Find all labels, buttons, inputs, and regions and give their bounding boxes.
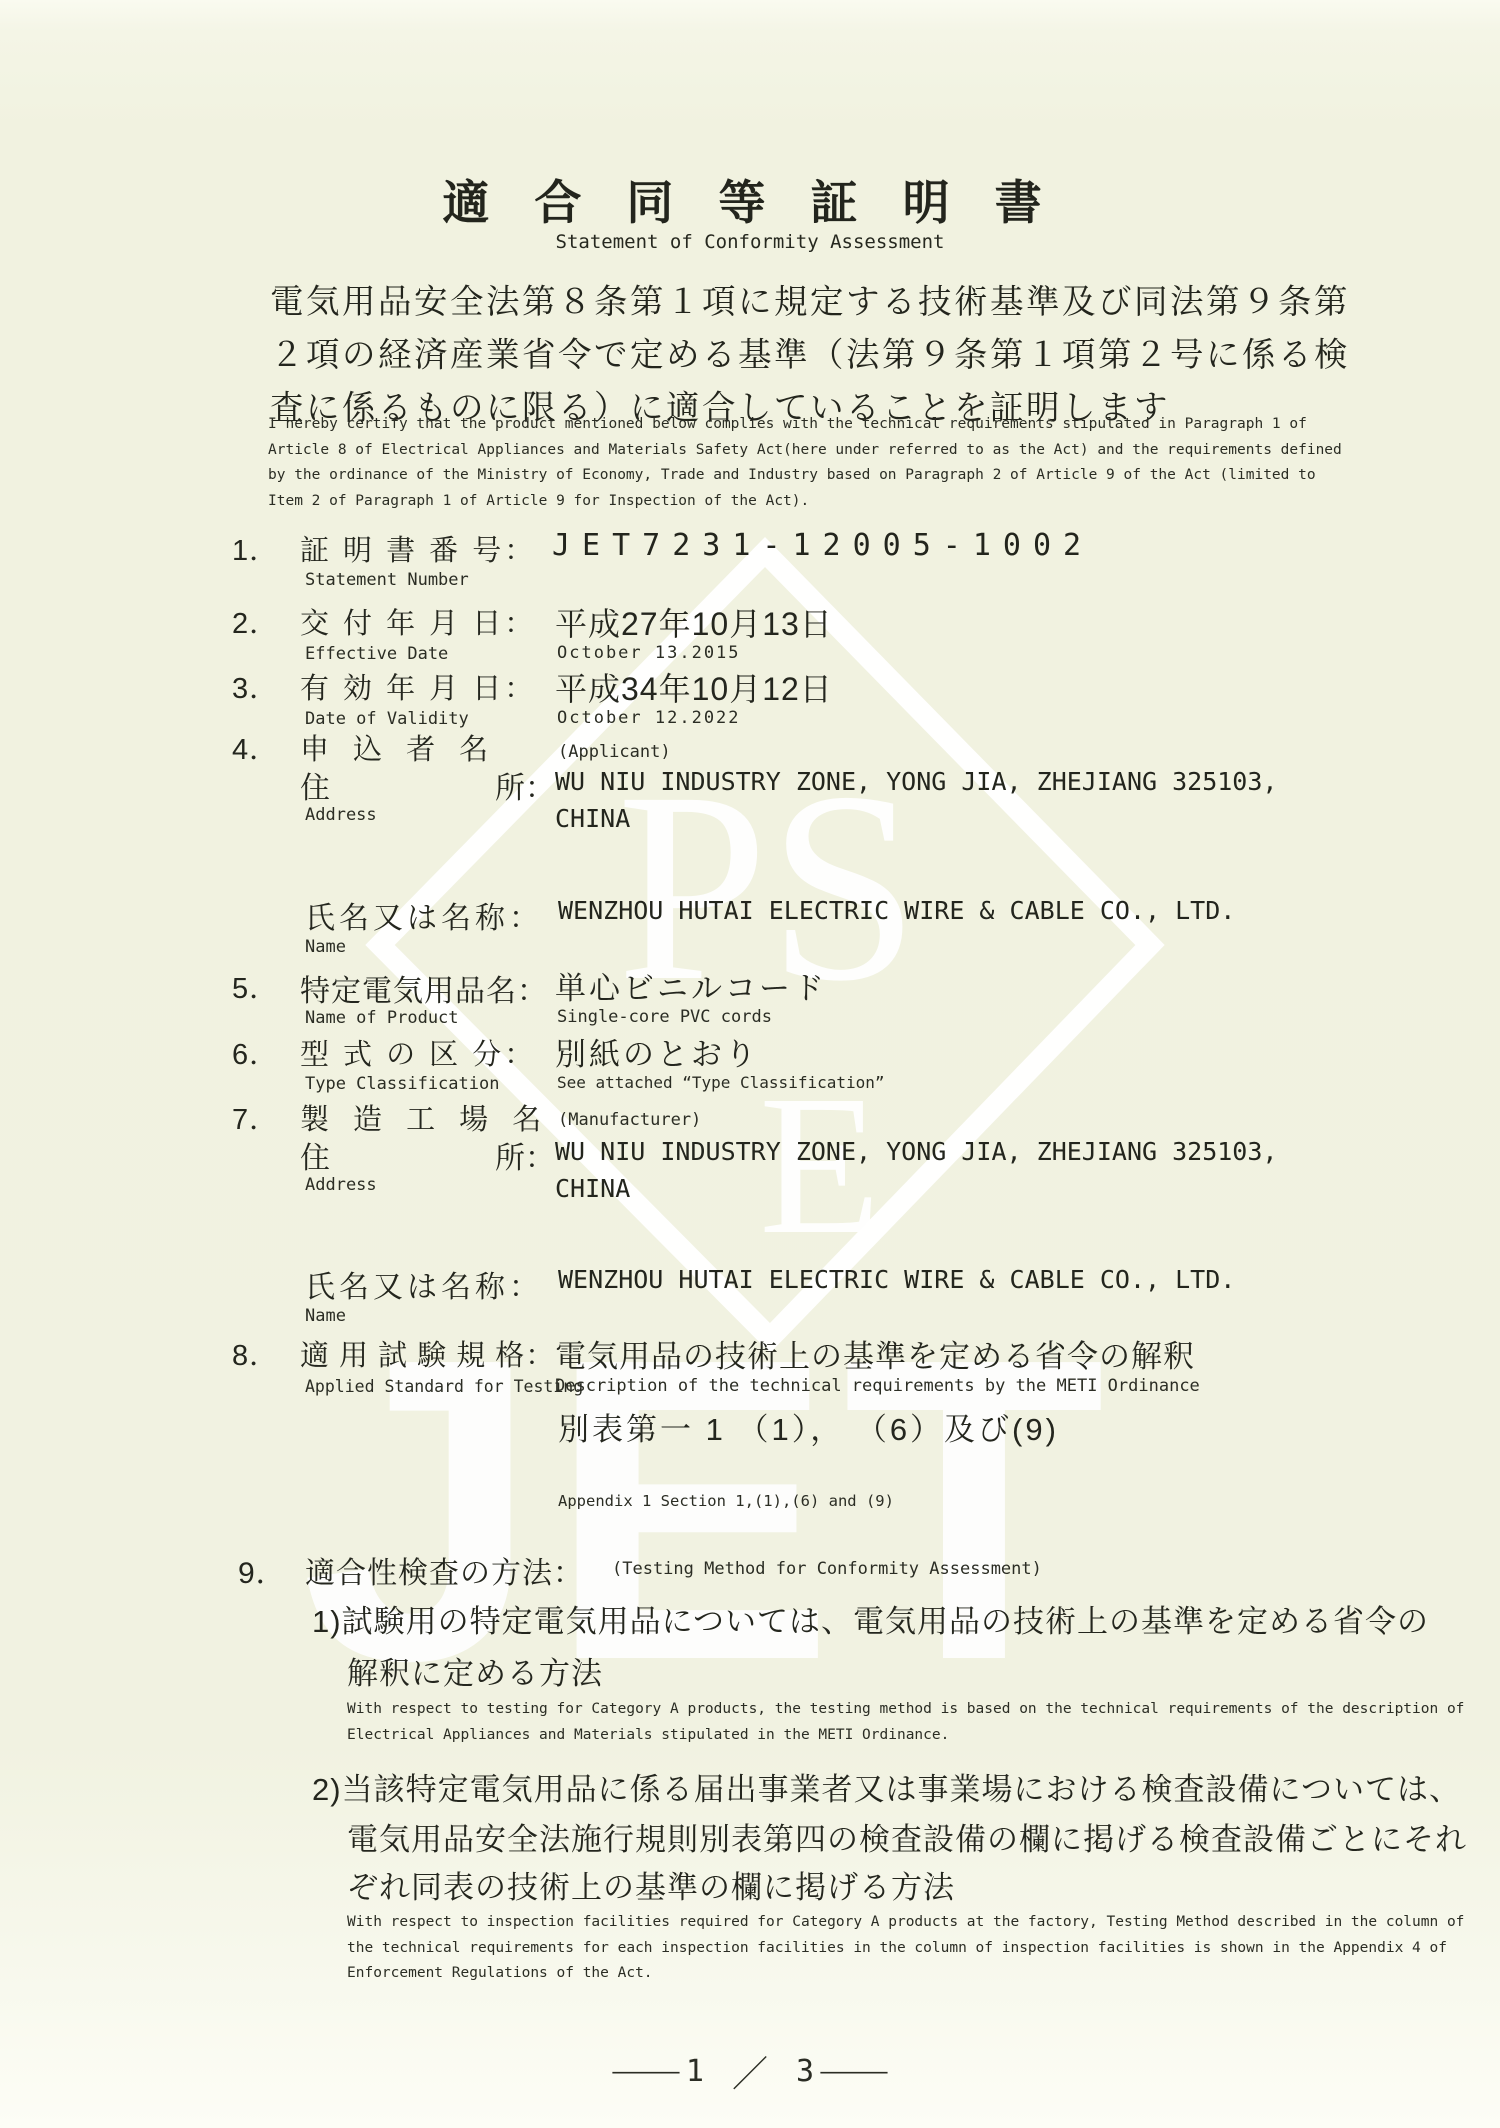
item8-number: 8．: [232, 1333, 279, 1374]
appendix-reference-en: Appendix 1 Section 1,(1),(6) and (9): [558, 1492, 894, 1510]
item2-label-en: Effective Date: [305, 644, 448, 664]
item4-address-line2: CHINA: [555, 804, 630, 833]
footer-dash-right: —: [820, 2058, 887, 2086]
item7-name-label-en: Name: [305, 1306, 346, 1326]
item9-note-en: (Testing Method for Conformity Assessmen…: [612, 1559, 1042, 1579]
item7-number: 7．: [232, 1097, 279, 1138]
type-classification-jp: 別紙のとおり: [555, 1029, 759, 1074]
appendix-reference-jp: 別表第一 1 （1）， （6）及び(9): [558, 1404, 1059, 1449]
item7-address-label-en: Address: [305, 1175, 377, 1195]
product-name-en: Single-core PVC cords: [557, 1007, 772, 1027]
intro-jp-line1: 電気用品安全法第８条第１項に規定する技術基準及び同法第９条第: [270, 276, 1350, 329]
footer-slash: ／: [732, 2046, 768, 2097]
item4-address-label: 住 所：: [300, 763, 555, 807]
intro-jp-line2: ２項の経済産業省令で定める基準（法第９条第１項第２号に係る検: [270, 329, 1350, 382]
item4-address-line1: WU NIU INDUSTRY ZONE, YONG JIA, ZHEJIANG…: [555, 767, 1277, 796]
item4-name-label-en: Name: [305, 937, 346, 957]
method2-jp-line2: 電気用品安全法施行規則別表第四の検査設備の欄に掲げる検査設備ごとにそれ: [347, 1814, 1467, 1859]
method1-jp-line2: 解釈に定める方法: [347, 1648, 603, 1693]
item7-address-label: 住 所：: [300, 1133, 555, 1177]
item9-number: 9．: [238, 1548, 287, 1592]
item8-label-en: Applied Standard for Testing: [305, 1377, 583, 1396]
applied-standard-jp: 電気用品の技術上の基準を定める省令の解釈: [555, 1331, 1195, 1376]
validity-date-jp: 平成34年10月12日: [555, 664, 833, 710]
item2-number: 2．: [232, 601, 279, 642]
page-title: 適 合 同 等 証 明 書: [0, 166, 1500, 233]
type-classification-en: See attached “Type Classification”: [557, 1073, 885, 1092]
item4-number: 4．: [232, 727, 279, 768]
item2-label: 交 付 年 月 日：: [300, 601, 536, 642]
method2-en: With respect to inspection facilities re…: [347, 1910, 1492, 1987]
method2-jp-line1: 2)当該特定電気用品に係る届出事業者又は事業場における検査設備については、: [312, 1764, 1461, 1809]
item7-note-en: (Manufacturer): [558, 1110, 701, 1130]
item3-number: 3．: [232, 666, 279, 707]
certificate-page: PS E JET 適 合 同 等 証 明 書 Statement of Conf…: [0, 0, 1500, 2128]
item7-address-label-right: 所：: [495, 1133, 555, 1177]
page-subtitle: Statement of Conformity Assessment: [0, 231, 1500, 253]
item3-label: 有 効 年 月 日：: [300, 666, 536, 707]
product-name-jp: 単心ビニルコード: [555, 963, 827, 1008]
item4-note-en: (Applicant): [558, 742, 671, 762]
item7-label: 製 造 工 場 名: [300, 1097, 549, 1138]
footer-dash-left: —: [612, 2058, 679, 2086]
item4-label: 申 込 者 名: [300, 727, 496, 768]
item7-name-label: 氏名又は名称：: [305, 1262, 543, 1306]
item3-label-en: Date of Validity: [305, 709, 469, 729]
item4-address-label-right: 所：: [495, 763, 555, 807]
item6-number: 6．: [232, 1032, 279, 1073]
footer-current-page: 1: [686, 2054, 704, 2089]
method1-en: With respect to testing for Category A p…: [347, 1697, 1482, 1748]
item5-number: 5．: [232, 966, 279, 1007]
item1-label: 証 明 書 番 号：: [300, 528, 536, 569]
validity-date-en: October 12.2022: [557, 708, 741, 728]
manufacturer-name-value: WENZHOU HUTAI ELECTRIC WIRE & CABLE CO.,…: [558, 1265, 1235, 1294]
applied-standard-en: Description of the technical requirement…: [555, 1376, 1200, 1396]
item6-label-en: Type Classification: [305, 1074, 499, 1094]
item1-label-en: Statement Number: [305, 570, 469, 590]
item7-address-line2: CHINA: [555, 1174, 630, 1203]
effective-date-en: October 13.2015: [557, 643, 741, 663]
item9-label: 適合性検査の方法：: [305, 1548, 584, 1592]
item8-label: 適 用 試 験 規 格：: [300, 1333, 555, 1374]
item6-label: 型 式 の 区 分：: [300, 1032, 536, 1073]
item4-address-label-en: Address: [305, 805, 377, 825]
item4-name-label: 氏名又は名称：: [305, 893, 543, 937]
item5-label-en: Name of Product: [305, 1008, 459, 1028]
statement-number-value: JET7231-12005-1002: [552, 528, 1093, 563]
item5-label: 特定電気用品名：: [300, 966, 548, 1010]
effective-date-jp: 平成27年10月13日: [555, 599, 833, 645]
item7-address-label-left: 住: [300, 1133, 330, 1177]
page-footer: — 1 ／ 3 —: [0, 2046, 1500, 2097]
intro-en-paragraph: I hereby certify that the product mentio…: [268, 412, 1346, 514]
applicant-name-value: WENZHOU HUTAI ELECTRIC WIRE & CABLE CO.,…: [558, 896, 1235, 925]
method1-jp-line1: 1)試験用の特定電気用品については、電気用品の技術上の基準を定める省令の: [312, 1596, 1429, 1641]
item4-address-label-left: 住: [300, 763, 330, 807]
item1-number: 1．: [232, 528, 279, 569]
method2-jp-line3: ぞれ同表の技術上の基準の欄に掲げる方法: [347, 1862, 955, 1907]
footer-total-pages: 3: [796, 2054, 814, 2089]
item7-address-line1: WU NIU INDUSTRY ZONE, YONG JIA, ZHEJIANG…: [555, 1137, 1277, 1166]
